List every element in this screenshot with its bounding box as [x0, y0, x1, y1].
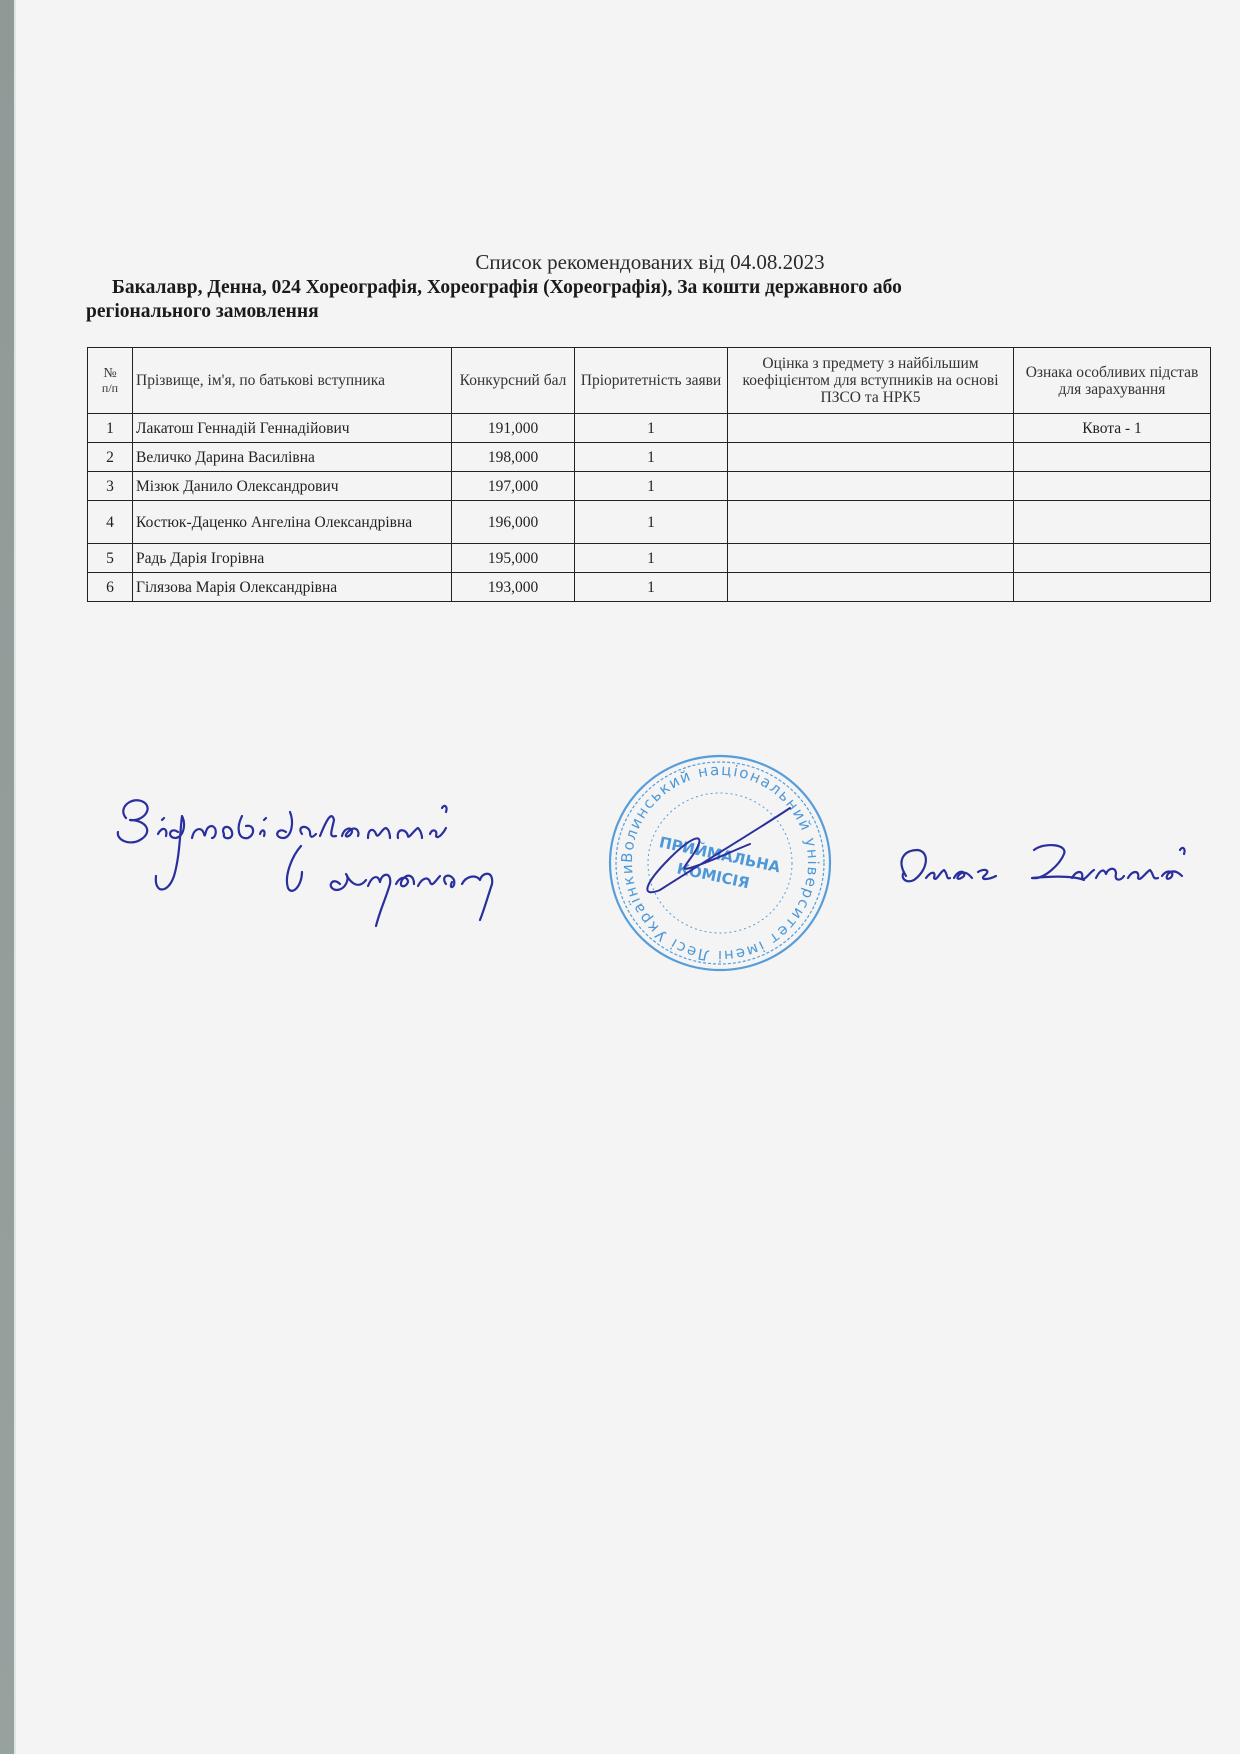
- subject-grade: [728, 443, 1014, 472]
- handwritten-signature-responsible-secretary: [96, 776, 576, 936]
- special-basis: [1014, 501, 1211, 544]
- special-basis: Квота - 1: [1014, 414, 1211, 443]
- recommended-list-table: №п/п Прізвище, ім'я, по батькові вступни…: [87, 347, 1211, 602]
- applicant-name: Гілязова Марія Олександрівна: [133, 573, 452, 602]
- subject-grade: [728, 501, 1014, 544]
- header-priority: Пріоритетність заяви: [575, 348, 728, 414]
- subject-grade: [728, 414, 1014, 443]
- row-num: 5: [88, 544, 133, 573]
- row-num: 1: [88, 414, 133, 443]
- application-priority: 1: [575, 573, 728, 602]
- subtitle-line-2: регіонального замовлення: [86, 301, 319, 322]
- table-row: 1Лакатош Геннадій Геннадійович191,0001Кв…: [88, 414, 1211, 443]
- applicant-name: Костюк-Даценко Ангеліна Олександрівна: [133, 501, 452, 544]
- applicant-name: Величко Дарина Василівна: [133, 443, 452, 472]
- competitive-score: 196,000: [452, 501, 575, 544]
- special-basis: [1014, 573, 1211, 602]
- header-score: Конкурсний бал: [452, 348, 575, 414]
- subject-grade: [728, 573, 1014, 602]
- admission-committee-stamp: Волинський національний університет імен…: [600, 748, 840, 978]
- document-subtitle: Бакалавр, Денна, 024 Хореографія, Хореог…: [86, 276, 1086, 324]
- application-priority: 1: [575, 443, 728, 472]
- table-header-row: №п/п Прізвище, ім'я, по батькові вступни…: [88, 348, 1211, 414]
- table-row: 6Гілязова Марія Олександрівна193,0001: [88, 573, 1211, 602]
- application-priority: 1: [575, 414, 728, 443]
- table-row: 4Костюк-Даценко Ангеліна Олександрівна19…: [88, 501, 1211, 544]
- competitive-score: 195,000: [452, 544, 575, 573]
- competitive-score: 198,000: [452, 443, 575, 472]
- application-priority: 1: [575, 472, 728, 501]
- application-priority: 1: [575, 501, 728, 544]
- row-num: 4: [88, 501, 133, 544]
- applicant-name: Радь Дарія Ігорівна: [133, 544, 452, 573]
- row-num: 3: [88, 472, 133, 501]
- document-title: Список рекомендованих від 04.08.2023: [0, 250, 1240, 275]
- row-num: 6: [88, 573, 133, 602]
- handwritten-signature-right: [884, 820, 1214, 910]
- row-num: 2: [88, 443, 133, 472]
- subtitle-line-1: Бакалавр, Денна, 024 Хореографія, Хореог…: [112, 277, 902, 298]
- application-priority: 1: [575, 544, 728, 573]
- competitive-score: 191,000: [452, 414, 575, 443]
- competitive-score: 197,000: [452, 472, 575, 501]
- special-basis: [1014, 443, 1211, 472]
- header-subject-grade: Оцінка з предмету з найбільшим коефіцієн…: [728, 348, 1014, 414]
- special-basis: [1014, 544, 1211, 573]
- competitive-score: 193,000: [452, 573, 575, 602]
- table-row: 3Мізюк Данило Олександрович197,0001: [88, 472, 1211, 501]
- applicant-name: Лакатош Геннадій Геннадійович: [133, 414, 452, 443]
- header-num: №п/п: [88, 348, 133, 414]
- applicant-name: Мізюк Данило Олександрович: [133, 472, 452, 501]
- special-basis: [1014, 472, 1211, 501]
- table-row: 2Величко Дарина Василівна198,0001: [88, 443, 1211, 472]
- table-row: 5Радь Дарія Ігорівна195,0001: [88, 544, 1211, 573]
- subject-grade: [728, 544, 1014, 573]
- subject-grade: [728, 472, 1014, 501]
- header-special-basis: Ознака особливих підстав для зарахування: [1014, 348, 1211, 414]
- header-name: Прізвище, ім'я, по батькові вступника: [133, 348, 452, 414]
